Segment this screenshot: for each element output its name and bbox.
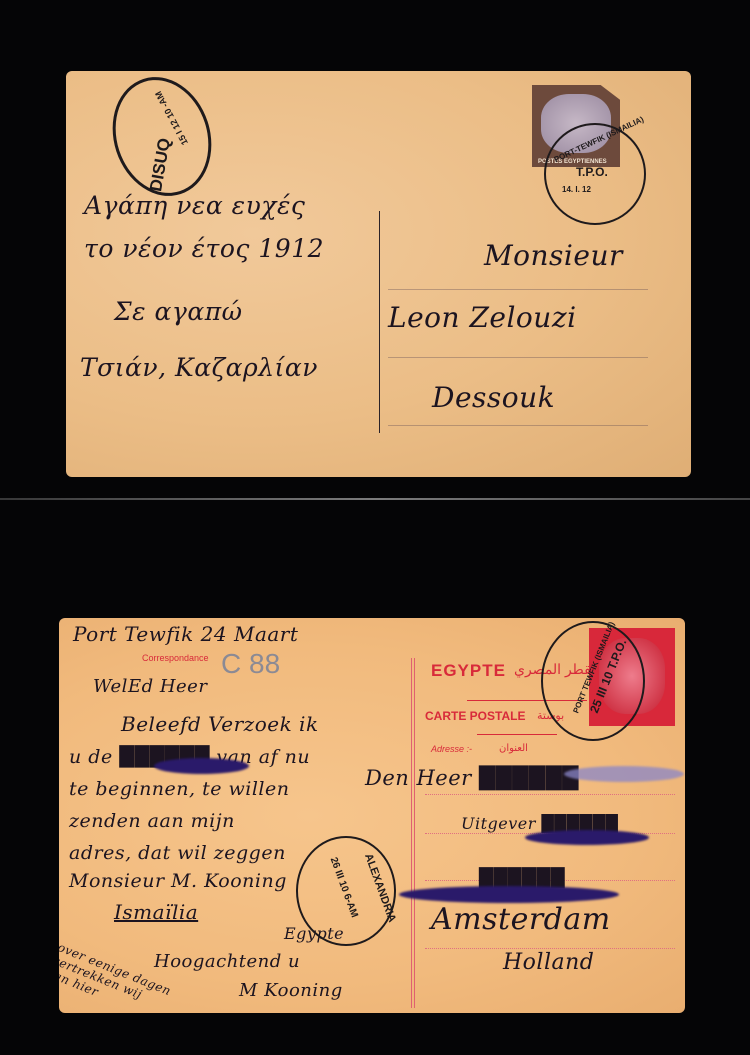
- printed-adresse: Adresse :-: [431, 744, 472, 754]
- message-line: Monsieur M. Kooning: [69, 870, 287, 892]
- address-rule: [388, 357, 648, 358]
- postcard-bottom: Correspondance C 88 EGYPTE القطر المصري …: [59, 618, 685, 1013]
- blue-cancel-mark: C 88: [221, 648, 280, 680]
- postmark-alexandria: ALEXANDRIA 26 III 10 6-AM: [296, 836, 396, 946]
- message-line: Port Tewfik 24 Maart: [73, 622, 298, 646]
- message-line: Ismaïlia: [114, 900, 198, 924]
- message-line: το νέον έτος 1912: [84, 234, 324, 263]
- address-line: Monsieur: [484, 239, 623, 272]
- card-divider: [411, 658, 412, 1008]
- message-line: Hoogachtend u: [154, 951, 300, 972]
- address-line: Amsterdam: [431, 902, 611, 937]
- message-line: Beleefd Verzoek ik: [121, 712, 319, 736]
- postmark-town: ALEXANDRIA: [362, 852, 398, 924]
- postmark-town: DISUQ: [146, 137, 175, 193]
- printed-egypte: EGYPTE: [431, 661, 506, 681]
- printed-adresse-arabic: العنوان: [499, 743, 528, 754]
- printed-carte-postale: CARTE POSTALE: [425, 709, 525, 723]
- redaction-blot: [564, 766, 684, 782]
- address-rule: [388, 289, 648, 290]
- message-line: te beginnen, te willen: [69, 778, 290, 800]
- postmark-tpo: T.P.O.: [576, 165, 608, 179]
- postmark-disuq: DISUQ 15 I 12 10 -AM: [98, 71, 227, 209]
- signature: M Kooning: [239, 980, 343, 1001]
- card-divider: [379, 211, 380, 433]
- address-line: Den Heer ██████: [365, 766, 579, 790]
- message-line: Αγάπη νεα ευχές: [84, 191, 305, 220]
- redaction-blot: [154, 758, 249, 774]
- signature: Τσιάν, Καζαρλίαν: [80, 353, 318, 382]
- redaction-blot: [525, 830, 649, 845]
- card-divider: [414, 658, 415, 1008]
- postmark-date: 14. I. 12: [562, 185, 591, 194]
- postmark-date: 26 III 10 6-AM: [328, 856, 360, 919]
- address-rule: [388, 425, 648, 426]
- postmark-port-tewfik-tpo: PORT TEWFIK (ISMAILIA) 25 III 10 T.P.O.: [541, 621, 645, 741]
- message-line: zenden aan mijn: [69, 810, 235, 832]
- message-line: WelEd Heer: [93, 676, 207, 697]
- message-line: Σε αγαπώ: [114, 297, 243, 326]
- address-rule: [425, 948, 675, 949]
- printed-rule: [477, 734, 557, 735]
- redaction-blot: [399, 886, 619, 903]
- address-line: Holland: [503, 950, 594, 975]
- printed-correspondance: Correspondance: [142, 653, 209, 663]
- address-line: Leon Zelouzi: [388, 301, 577, 334]
- address-line: Dessouk: [432, 381, 555, 414]
- message-line: adres, dat wil zeggen: [69, 842, 286, 864]
- address-rule: [425, 794, 675, 795]
- postcard-top: DISUQ 15 I 12 10 -AM POSTES EGYPTIENNES …: [66, 71, 691, 477]
- postmark-port-tewfik: PORT-TEWFIK (ISMAILIA) T.P.O. 14. I. 12: [544, 123, 646, 225]
- album-strip: [0, 498, 750, 500]
